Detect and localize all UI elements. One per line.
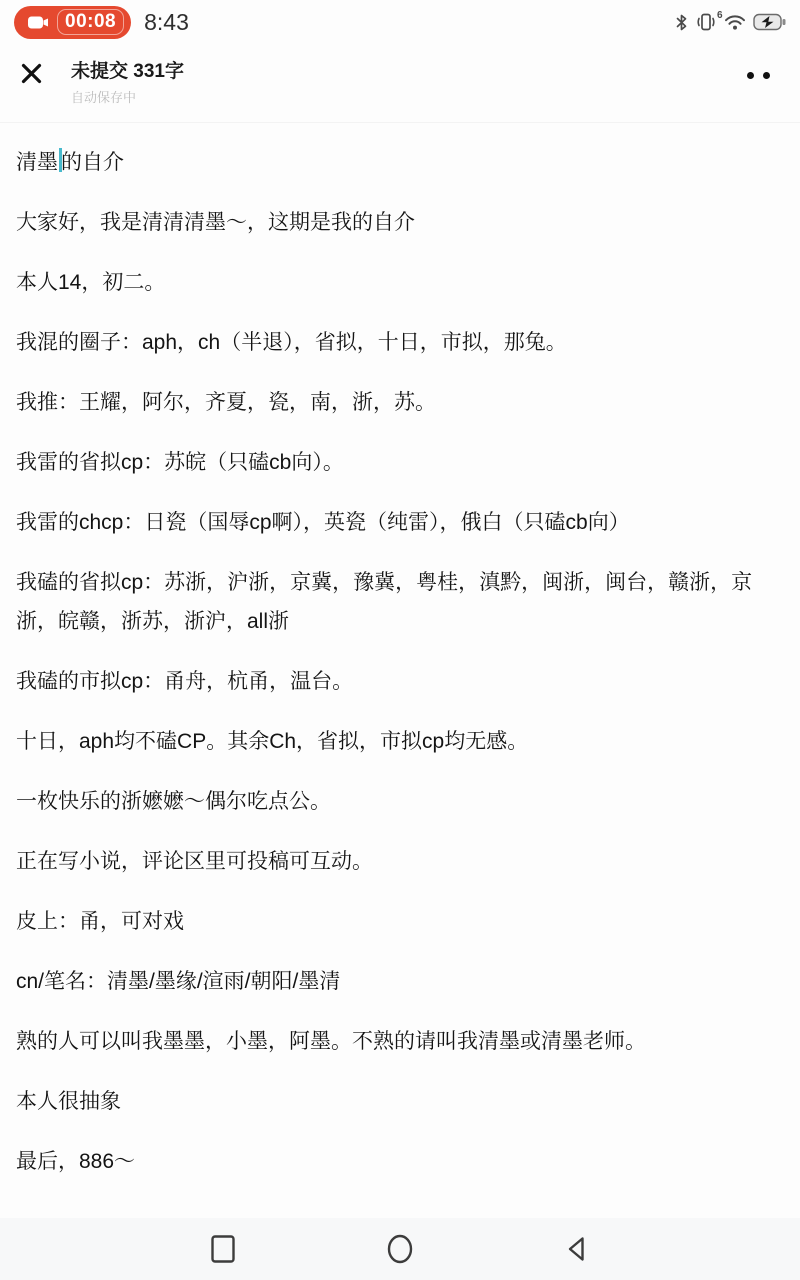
android-nav-bar — [0, 1218, 800, 1280]
editor-paragraph[interactable]: 我磕的省拟cp：苏浙，沪浙，京冀，豫冀，粤桂，滇黔，闽浙，闽台，赣浙，京浙，皖赣… — [16, 563, 784, 641]
wifi-icon: 6 — [724, 14, 746, 31]
editor-paragraph-with-cursor[interactable]: 清墨的自介 — [16, 143, 784, 182]
more-menu-icon[interactable] — [747, 72, 770, 79]
screen-recording-pill[interactable]: 00:08 — [14, 6, 131, 39]
status-bar: 00:08 8:43 6 — [0, 0, 800, 44]
text-before-cursor: 清墨 — [16, 151, 58, 174]
editor-paragraph[interactable]: 我推：王耀，阿尔，齐夏，瓷，南，浙，苏。 — [16, 383, 784, 422]
editor-paragraph[interactable]: 最后，886～ — [16, 1142, 784, 1181]
recording-timer: 00:08 — [57, 9, 124, 35]
more-dot — [763, 72, 770, 79]
editor-header: 未提交 331字 自动保存中 — [0, 44, 800, 123]
editor-paragraph[interactable]: 一枚快乐的浙嬷嬷～偶尔吃点公。 — [16, 782, 784, 821]
editor-paragraph[interactable]: 本人14，初二。 — [16, 263, 784, 302]
vibrate-icon — [695, 12, 717, 32]
editor-paragraph[interactable]: 大家好，我是清清清墨～，这期是我的自介 — [16, 203, 784, 242]
editor-paragraph[interactable]: 十日，aph均不磕CP。其余Ch，省拟，市拟cp均无感。 — [16, 722, 784, 761]
editor-paragraph[interactable]: 我混的圈子：aph，ch（半退），省拟，十日，市拟，那兔。 — [16, 323, 784, 362]
battery-charging-icon — [753, 13, 786, 31]
editor-paragraph[interactable]: cn/笔名：清墨/墨缘/渲雨/朝阳/墨清 — [16, 962, 784, 1001]
back-button-icon[interactable] — [564, 1234, 590, 1264]
home-button-icon[interactable] — [386, 1233, 414, 1265]
editor-paragraph[interactable]: 正在写小说，评论区里可投稿可互动。 — [16, 842, 784, 881]
editor-paragraph[interactable]: 本人很抽象 — [16, 1082, 784, 1121]
draft-status-title: 未提交 331字 — [71, 56, 747, 83]
text-after-cursor: 的自介 — [61, 151, 124, 174]
editor-paragraph[interactable]: 皮上：甬，可对戏 — [16, 902, 784, 941]
recents-button-icon[interactable] — [210, 1234, 236, 1264]
autosave-status: 自动保存中 — [71, 87, 747, 106]
editor-paragraph[interactable]: 熟的人可以叫我墨墨，小墨，阿墨。不熟的请叫我清墨或清墨老师。 — [16, 1022, 784, 1061]
close-icon[interactable] — [20, 62, 43, 90]
wifi-generation-label: 6 — [717, 10, 723, 21]
more-dot — [747, 72, 754, 79]
video-camera-icon — [27, 15, 49, 30]
editor-paragraph[interactable]: 我雷的chcp：日瓷（国辱cp啊），英瓷（纯雷），俄白（只磕cb向） — [16, 503, 784, 542]
editor-paragraph[interactable]: 我磕的市拟cp：甬舟，杭甬，温台。 — [16, 662, 784, 701]
editor-paragraph[interactable]: 我雷的省拟cp：苏皖（只磕cb向）。 — [16, 443, 784, 482]
clock-text: 8:43 — [144, 9, 189, 36]
text-editor-area[interactable]: 清墨的自介 大家好，我是清清清墨～，这期是我的自介 本人14，初二。 我混的圈子… — [0, 123, 800, 1181]
bluetooth-icon — [675, 13, 688, 32]
